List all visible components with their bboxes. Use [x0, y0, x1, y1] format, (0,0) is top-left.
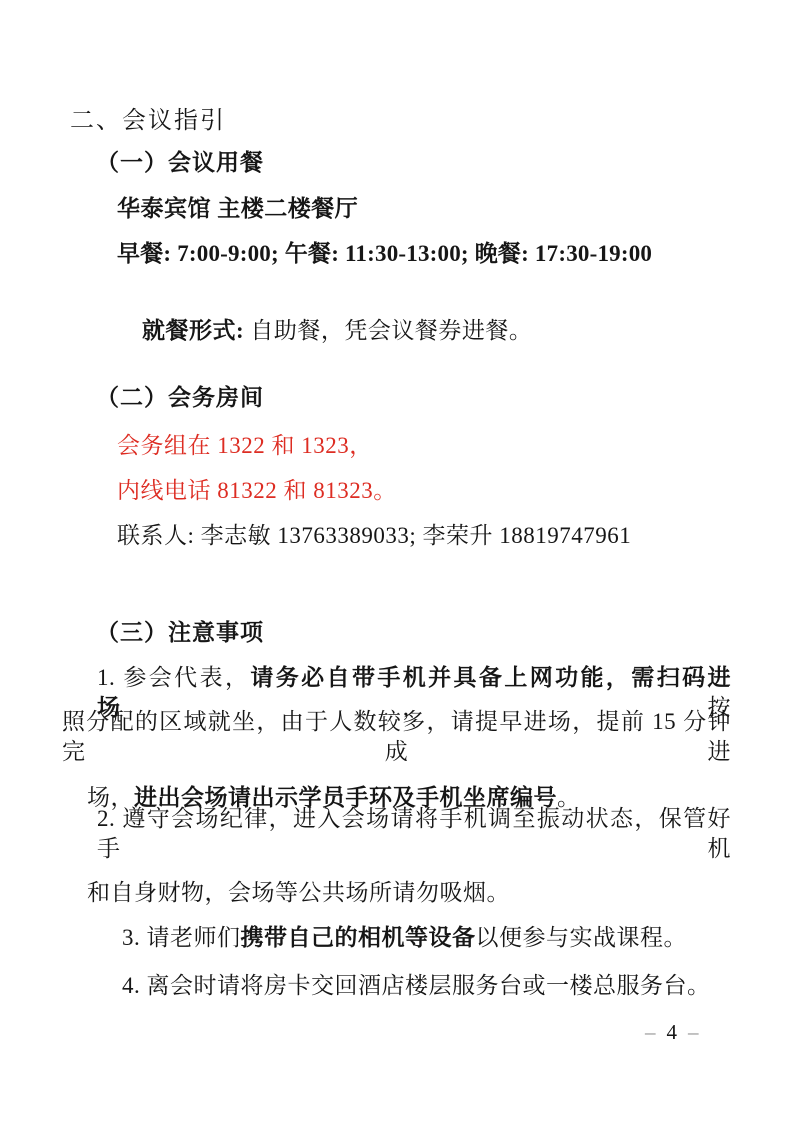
meal-form-value: 自助餐，凭会议餐券进餐。 — [250, 318, 532, 343]
meal-times: 早餐: 7:00-9:00; 午餐: 11:30-13:00; 晚餐: 17:3… — [117, 239, 652, 269]
page-number: 4 — [667, 1018, 678, 1046]
section-meals-title: （一）会议用餐 — [96, 148, 264, 178]
room-numbers-line: 会务组在 1322 和 1323， — [117, 431, 373, 461]
footer-dash-left: – — [645, 1018, 656, 1046]
page-footer: – 4 – — [645, 1018, 699, 1046]
meal-form-label: 就餐形式: — [142, 318, 250, 343]
note-4-text: 4. 离会时请将房卡交回酒店楼层服务台或一楼总服务台。 — [122, 973, 711, 998]
section-notes-title: （三）注意事项 — [96, 618, 264, 648]
contacts-line: 联系人: 李志敏 13763389033; 李荣升 18819747961 — [117, 521, 631, 551]
document-page: 二、会议指引 （一）会议用餐 华泰宾馆 主楼二楼餐厅 早餐: 7:00-9:00… — [0, 0, 793, 1122]
meal-venue: 华泰宾馆 主楼二楼餐厅 — [117, 194, 358, 224]
meal-form-line: 就餐形式: 自助餐，凭会议餐券进餐。 — [117, 286, 532, 376]
note-item-4: 4. 离会时请将房卡交回酒店楼层服务台或一楼总服务台。 — [97, 941, 711, 1031]
main-heading: 二、会议指引 — [70, 106, 226, 136]
footer-dash-right: – — [688, 1018, 699, 1046]
note-1-text: 1. 参会代表， — [97, 665, 250, 690]
section-rooms-title: （二）会务房间 — [96, 383, 264, 413]
internal-phone-line: 内线电话 81322 和 81323。 — [117, 476, 397, 506]
